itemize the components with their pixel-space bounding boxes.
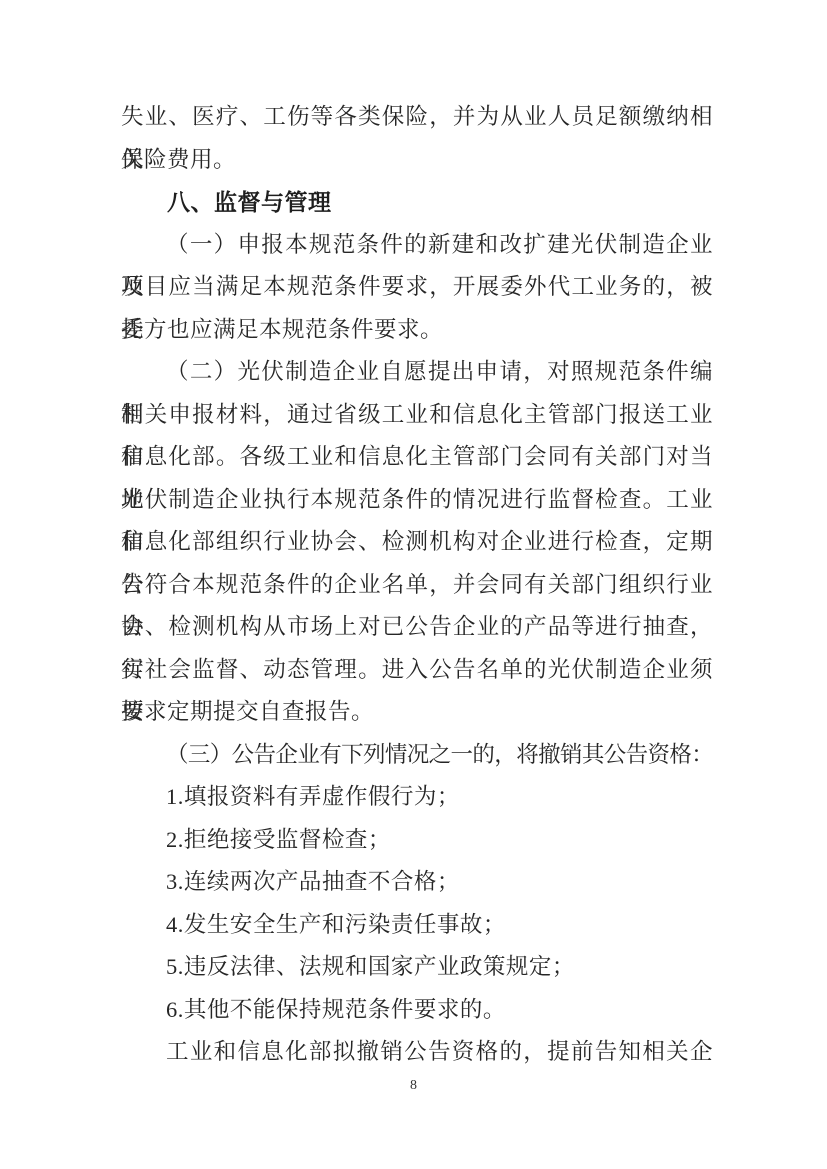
text-line: （三）公告企业有下列情况之一的，将撤销其公告资格： [121, 734, 713, 777]
text-line: 告符合本规范条件的企业名单，并会同有关部门组织行业协 [121, 564, 713, 607]
text-line: 要求定期提交自查报告。 [121, 691, 713, 734]
numbered-item: 6.其他不能保持规范条件要求的。 [121, 989, 713, 1032]
text-line: （一）申报本规范条件的新建和改扩建光伏制造企业及 [121, 224, 713, 267]
text-line: 托方也应满足本规范条件要求。 [121, 309, 713, 352]
text-line: 光伏制造企业执行本规范条件的情况进行监督检查。工业和 [121, 479, 713, 522]
text-line: 信息化部组织行业协会、检测机构对企业进行检查，定期公 [121, 521, 713, 564]
page-number: 8 [0, 1078, 827, 1094]
text-line: 信息化部。各级工业和信息化主管部门会同有关部门对当地 [121, 436, 713, 479]
numbered-item: 3.连续两次产品抽查不合格； [121, 861, 713, 904]
numbered-item: 5.违反法律、法规和国家产业政策规定； [121, 946, 713, 989]
numbered-item: 2.拒绝接受监督检查； [121, 819, 713, 862]
text-line: 失业、医疗、工伤等各类保险，并为从业人员足额缴纳相关 [121, 96, 713, 139]
text-line: 相关申报材料，通过省级工业和信息化主管部门报送工业和 [121, 394, 713, 437]
numbered-item: 4.发生安全生产和污染责任事故； [121, 904, 713, 947]
text-line: 行社会监督、动态管理。进入公告名单的光伏制造企业须按 [121, 649, 713, 692]
text-line: 会、检测机构从市场上对已公告企业的产品等进行抽查，实 [121, 606, 713, 649]
text-line: （二）光伏制造企业自愿提出申请，对照规范条件编制 [121, 351, 713, 394]
text-line: 工业和信息化部拟撤销公告资格的，提前告知相关企 [121, 1031, 713, 1074]
section-heading: 八、监督与管理 [121, 181, 713, 224]
text-line: 项目应当满足本规范条件要求，开展委外代工业务的，被委 [121, 266, 713, 309]
document-body: 失业、医疗、工伤等各类保险，并为从业人员足额缴纳相关 保险费用。 八、监督与管理… [121, 96, 713, 1074]
numbered-item: 1.填报资料有弄虚作假行为； [121, 776, 713, 819]
document-page: 失业、医疗、工伤等各类保险，并为从业人员足额缴纳相关 保险费用。 八、监督与管理… [0, 0, 827, 1169]
text-line: 保险费用。 [121, 139, 713, 182]
